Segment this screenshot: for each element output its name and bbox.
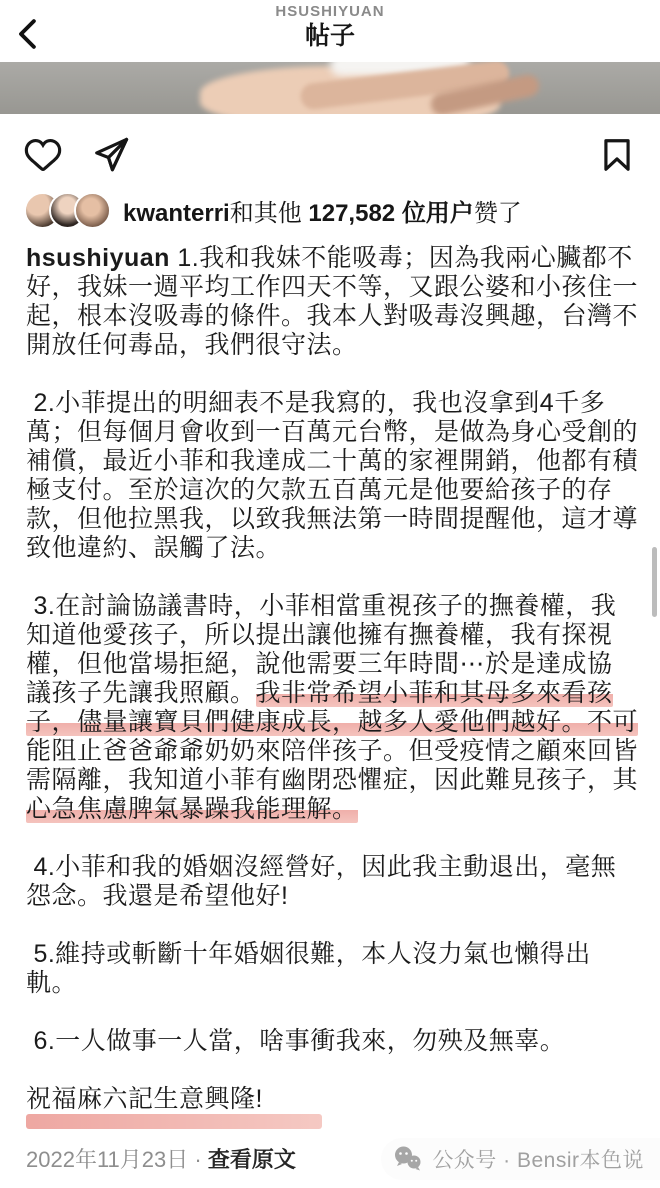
caption-text: 2.小菲提出的明細表不是我寫的，我也沒拿到4千多 [26, 389, 605, 417]
caption-text: 知道他愛孩子，所以提出讓他擁有撫養權，我有探視 [26, 621, 613, 649]
likes-liked-suffix: 赞了 [474, 200, 522, 227]
caption: hsushiyuan 1.我和我妹不能吸毒；因為我兩心臟都不好，我妹一週平均工作… [0, 232, 660, 1129]
liker-username[interactable]: kwanterri [123, 200, 230, 227]
heart-icon [24, 136, 62, 174]
caption-paragraph: 祝福麻六記生意興隆! [26, 1085, 642, 1129]
caption-text: 權，但他當場拒絕，說他需要三年時間⋯於是達成協 [26, 650, 613, 678]
bookmark-button[interactable] [598, 136, 636, 174]
like-button[interactable] [24, 136, 62, 174]
marker-highlighted-text: 心急焦慮脾氣暴躁我能理解。 [26, 795, 358, 823]
caption-text: 6.一人做事一人當，啥事衝我來，勿殃及無辜。 [26, 1027, 565, 1055]
caption-line: 4.小菲和我的婚姻沒經營好，因此我主動退出，毫無 [26, 853, 642, 882]
likes-text: kwanterri和其他 127,582 位用户赞了 [123, 193, 522, 228]
caption-paragraph: 6.一人做事一人當，啥事衝我來，勿殃及無辜。 [26, 1027, 642, 1056]
marker-highlighted-text: 我非常希望小菲和其母多來看孩 [256, 679, 613, 707]
caption-username[interactable]: hsushiyuan [26, 244, 177, 272]
caption-text: 怨念。我還是希望他好! [26, 882, 288, 910]
share-icon [92, 136, 130, 174]
caption-line: hsushiyuan 1.我和我妹不能吸毒；因為我兩心臟都不 [26, 244, 642, 273]
caption-line: 子，儘量讓寶貝們健康成長，越多人愛他們越好。不可 [26, 708, 642, 737]
caption-line: 6.一人做事一人當，啥事衝我來，勿殃及無辜。 [26, 1027, 642, 1056]
bookmark-icon [598, 136, 636, 174]
caption-text: 需隔離，我知道小菲有幽閉恐懼症，因此難見孩子，其 [26, 766, 638, 794]
caption-line: 致他違約、誤觸了法。 [26, 534, 642, 563]
caption-line: 祝福麻六記生意興隆! [26, 1085, 642, 1114]
caption-line: 款，但他拉黑我，以致我無法第一時間提醒他，這才導 [26, 505, 642, 534]
caption-text: 議孩子先讓我照顧。 [26, 679, 256, 707]
caption-paragraph: hsushiyuan 1.我和我妹不能吸毒；因為我兩心臟都不好，我妹一週平均工作… [26, 244, 642, 360]
caption-text: 起，根本沒吸毒的條件。我本人對吸毒沒興趣，台灣不 [26, 302, 638, 330]
marker-underline [26, 1114, 322, 1129]
caption-line: 心急焦慮脾氣暴躁我能理解。 [26, 795, 642, 824]
caption-text: 能阻止爸爸爺爺奶奶來陪伴孩子。但受疫情之顧來回皆 [26, 737, 638, 765]
caption-line: 開放任何毒品，我們很守法。 [26, 331, 642, 360]
liker-avatars[interactable] [24, 192, 111, 229]
likes-users-suffix: 位用户 [402, 200, 474, 227]
caption-text: 4.小菲和我的婚姻沒經營好，因此我主動退出，毫無 [26, 853, 616, 881]
caption-text: 款，但他拉黑我，以致我無法第一時間提醒他，這才導 [26, 505, 638, 533]
caption-text: 致他違約、誤觸了法。 [26, 534, 281, 562]
marker-highlighted-text: 子，儘量讓寶貝們健康成長，越多人愛他們越好。不可 [26, 708, 638, 736]
caption-text: 補償，最近小菲和我達成二十萬的家裡開銷，他都有積 [26, 447, 638, 475]
scrollbar-thumb[interactable] [652, 547, 657, 617]
caption-line: 能阻止爸爸爺爺奶奶來陪伴孩子。但受疫情之顧來回皆 [26, 737, 642, 766]
caption-line: 需隔離，我知道小菲有幽閉恐懼症，因此難見孩子，其 [26, 766, 642, 795]
watermark-label: 公众号 · Bensir本色说 [432, 1144, 644, 1174]
caption-paragraph: 5.維持或斬斷十年婚姻很難，本人沒力氣也懶得出軌。 [26, 940, 642, 998]
caption-paragraph: 3.在討論協議書時，小菲相當重視孩子的撫養權，我知道他愛孩子，所以提出讓他擁有撫… [26, 592, 642, 824]
liker-avatar[interactable] [74, 192, 111, 229]
caption-text: 5.維持或斬斷十年婚姻很難，本人沒力氣也懶得出 [26, 940, 591, 968]
share-button[interactable] [92, 136, 130, 174]
page-title: 帖子 [0, 21, 660, 51]
caption-line: 起，根本沒吸毒的條件。我本人對吸毒沒興趣，台灣不 [26, 302, 642, 331]
caption-text: 祝福麻六記生意興隆! [26, 1085, 263, 1113]
footer-dot: · [188, 1147, 208, 1172]
caption-line: 權，但他當場拒絕，說他需要三年時間⋯於是達成協 [26, 650, 642, 679]
caption-line: 軌。 [26, 969, 642, 998]
caption-text: 好，我妹一週平均工作四天不等，又跟公婆和小孩住一 [26, 273, 638, 301]
likes-count: 127,582 [308, 200, 401, 227]
header: HSUSHIYUAN 帖子 [0, 0, 660, 62]
watermark: 公众号 · Bensir本色说 [381, 1138, 660, 1180]
caption-text: 1.我和我妹不能吸毒；因為我兩心臟都不 [177, 244, 632, 272]
caption-paragraph: 2.小菲提出的明細表不是我寫的，我也沒拿到4千多萬；但每個月會收到一百萬元台幣，… [26, 389, 642, 563]
action-bar [0, 114, 660, 188]
caption-line: 2.小菲提出的明細表不是我寫的，我也沒拿到4千多 [26, 389, 642, 418]
caption-line: 5.維持或斬斷十年婚姻很難，本人沒力氣也懶得出 [26, 940, 642, 969]
view-original-link[interactable]: 查看原文 [208, 1147, 296, 1172]
likes-row[interactable]: kwanterri和其他 127,582 位用户赞了 [0, 188, 660, 232]
caption-line: 好，我妹一週平均工作四天不等，又跟公婆和小孩住一 [26, 273, 642, 302]
caption-paragraph: 4.小菲和我的婚姻沒經營好，因此我主動退出，毫無怨念。我還是希望他好! [26, 853, 642, 911]
caption-line: 補償，最近小菲和我達成二十萬的家裡開銷，他都有積 [26, 447, 642, 476]
caption-text: 萬；但每個月會收到一百萬元台幣，是做為身心受創的 [26, 418, 638, 446]
caption-line: 怨念。我還是希望他好! [26, 882, 642, 911]
caption-line: 極支付。至於這次的欠款五百萬元是他要給孩子的存 [26, 476, 642, 505]
wechat-icon [393, 1145, 423, 1173]
post-date: 2022年11月23日 [26, 1147, 188, 1172]
likes-connector: 和其他 [230, 200, 309, 227]
caption-text: 極支付。至於這次的欠款五百萬元是他要給孩子的存 [26, 476, 613, 504]
caption-text: 開放任何毒品，我們很守法。 [26, 331, 358, 359]
caption-line: 議孩子先讓我照顧。我非常希望小菲和其母多來看孩 [26, 679, 642, 708]
caption-line: 3.在討論協議書時，小菲相當重視孩子的撫養權，我 [26, 592, 642, 621]
caption-line: 萬；但每個月會收到一百萬元台幣，是做為身心受創的 [26, 418, 642, 447]
caption-text: 軌。 [26, 969, 77, 997]
caption-line: 知道他愛孩子，所以提出讓他擁有撫養權，我有探視 [26, 621, 642, 650]
post-photo[interactable] [0, 62, 660, 114]
caption-text: 3.在討論協議書時，小菲相當重視孩子的撫養權，我 [26, 592, 616, 620]
account-name: HSUSHIYUAN [0, 3, 660, 21]
